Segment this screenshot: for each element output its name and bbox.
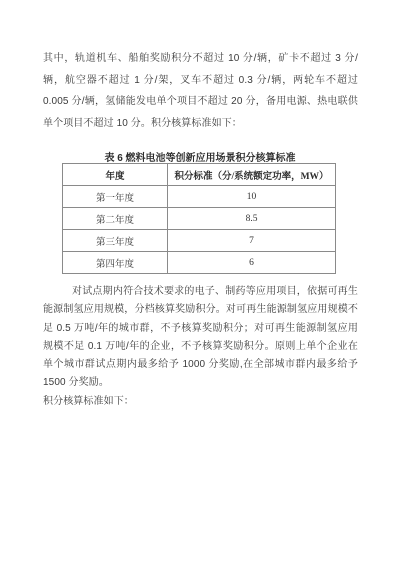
paragraph-intro: 其中，轨道机车、船舶奖励积分不超过 10 分/辆，矿卡不超过 3 分/辆，航空器… (43, 48, 358, 135)
score-cell: 8.5 (168, 208, 336, 230)
table-caption: 表 6 燃料电池等创新应用场景积分核算标准 (0, 149, 400, 164)
col-header-score: 积分标准（分/系统额定功率，MW） (168, 164, 336, 186)
score-cell: 10 (168, 186, 336, 208)
col-header-year: 年度 (63, 164, 168, 186)
table-header-row: 年度 积分标准（分/系统额定功率，MW） (63, 164, 336, 186)
table-row: 第四年度 6 (63, 252, 336, 274)
year-cell: 第四年度 (63, 252, 168, 274)
score-cell: 6 (168, 252, 336, 274)
year-cell: 第一年度 (63, 186, 168, 208)
table-row: 第三年度 7 (63, 230, 336, 252)
paragraph-closing: 积分核算标准如下： (43, 393, 358, 411)
paragraph-body: 对试点期内符合技术要求的电子、制药等应用项目，依据可再生能源制氢应用规模，分档核… (43, 283, 358, 393)
score-table: 年度 积分标准（分/系统额定功率，MW） 第一年度 10 第二年度 8.5 第三… (62, 163, 336, 274)
score-cell: 7 (168, 230, 336, 252)
body-text-block: 对试点期内符合技术要求的电子、制药等应用项目，依据可再生能源制氢应用规模，分档核… (43, 283, 358, 411)
table-row: 第二年度 8.5 (63, 208, 336, 230)
table-row: 第一年度 10 (63, 186, 336, 208)
year-cell: 第三年度 (63, 230, 168, 252)
year-cell: 第二年度 (63, 208, 168, 230)
document-page: 其中，轨道机车、船舶奖励积分不超过 10 分/辆，矿卡不超过 3 分/辆，航空器… (0, 0, 400, 565)
